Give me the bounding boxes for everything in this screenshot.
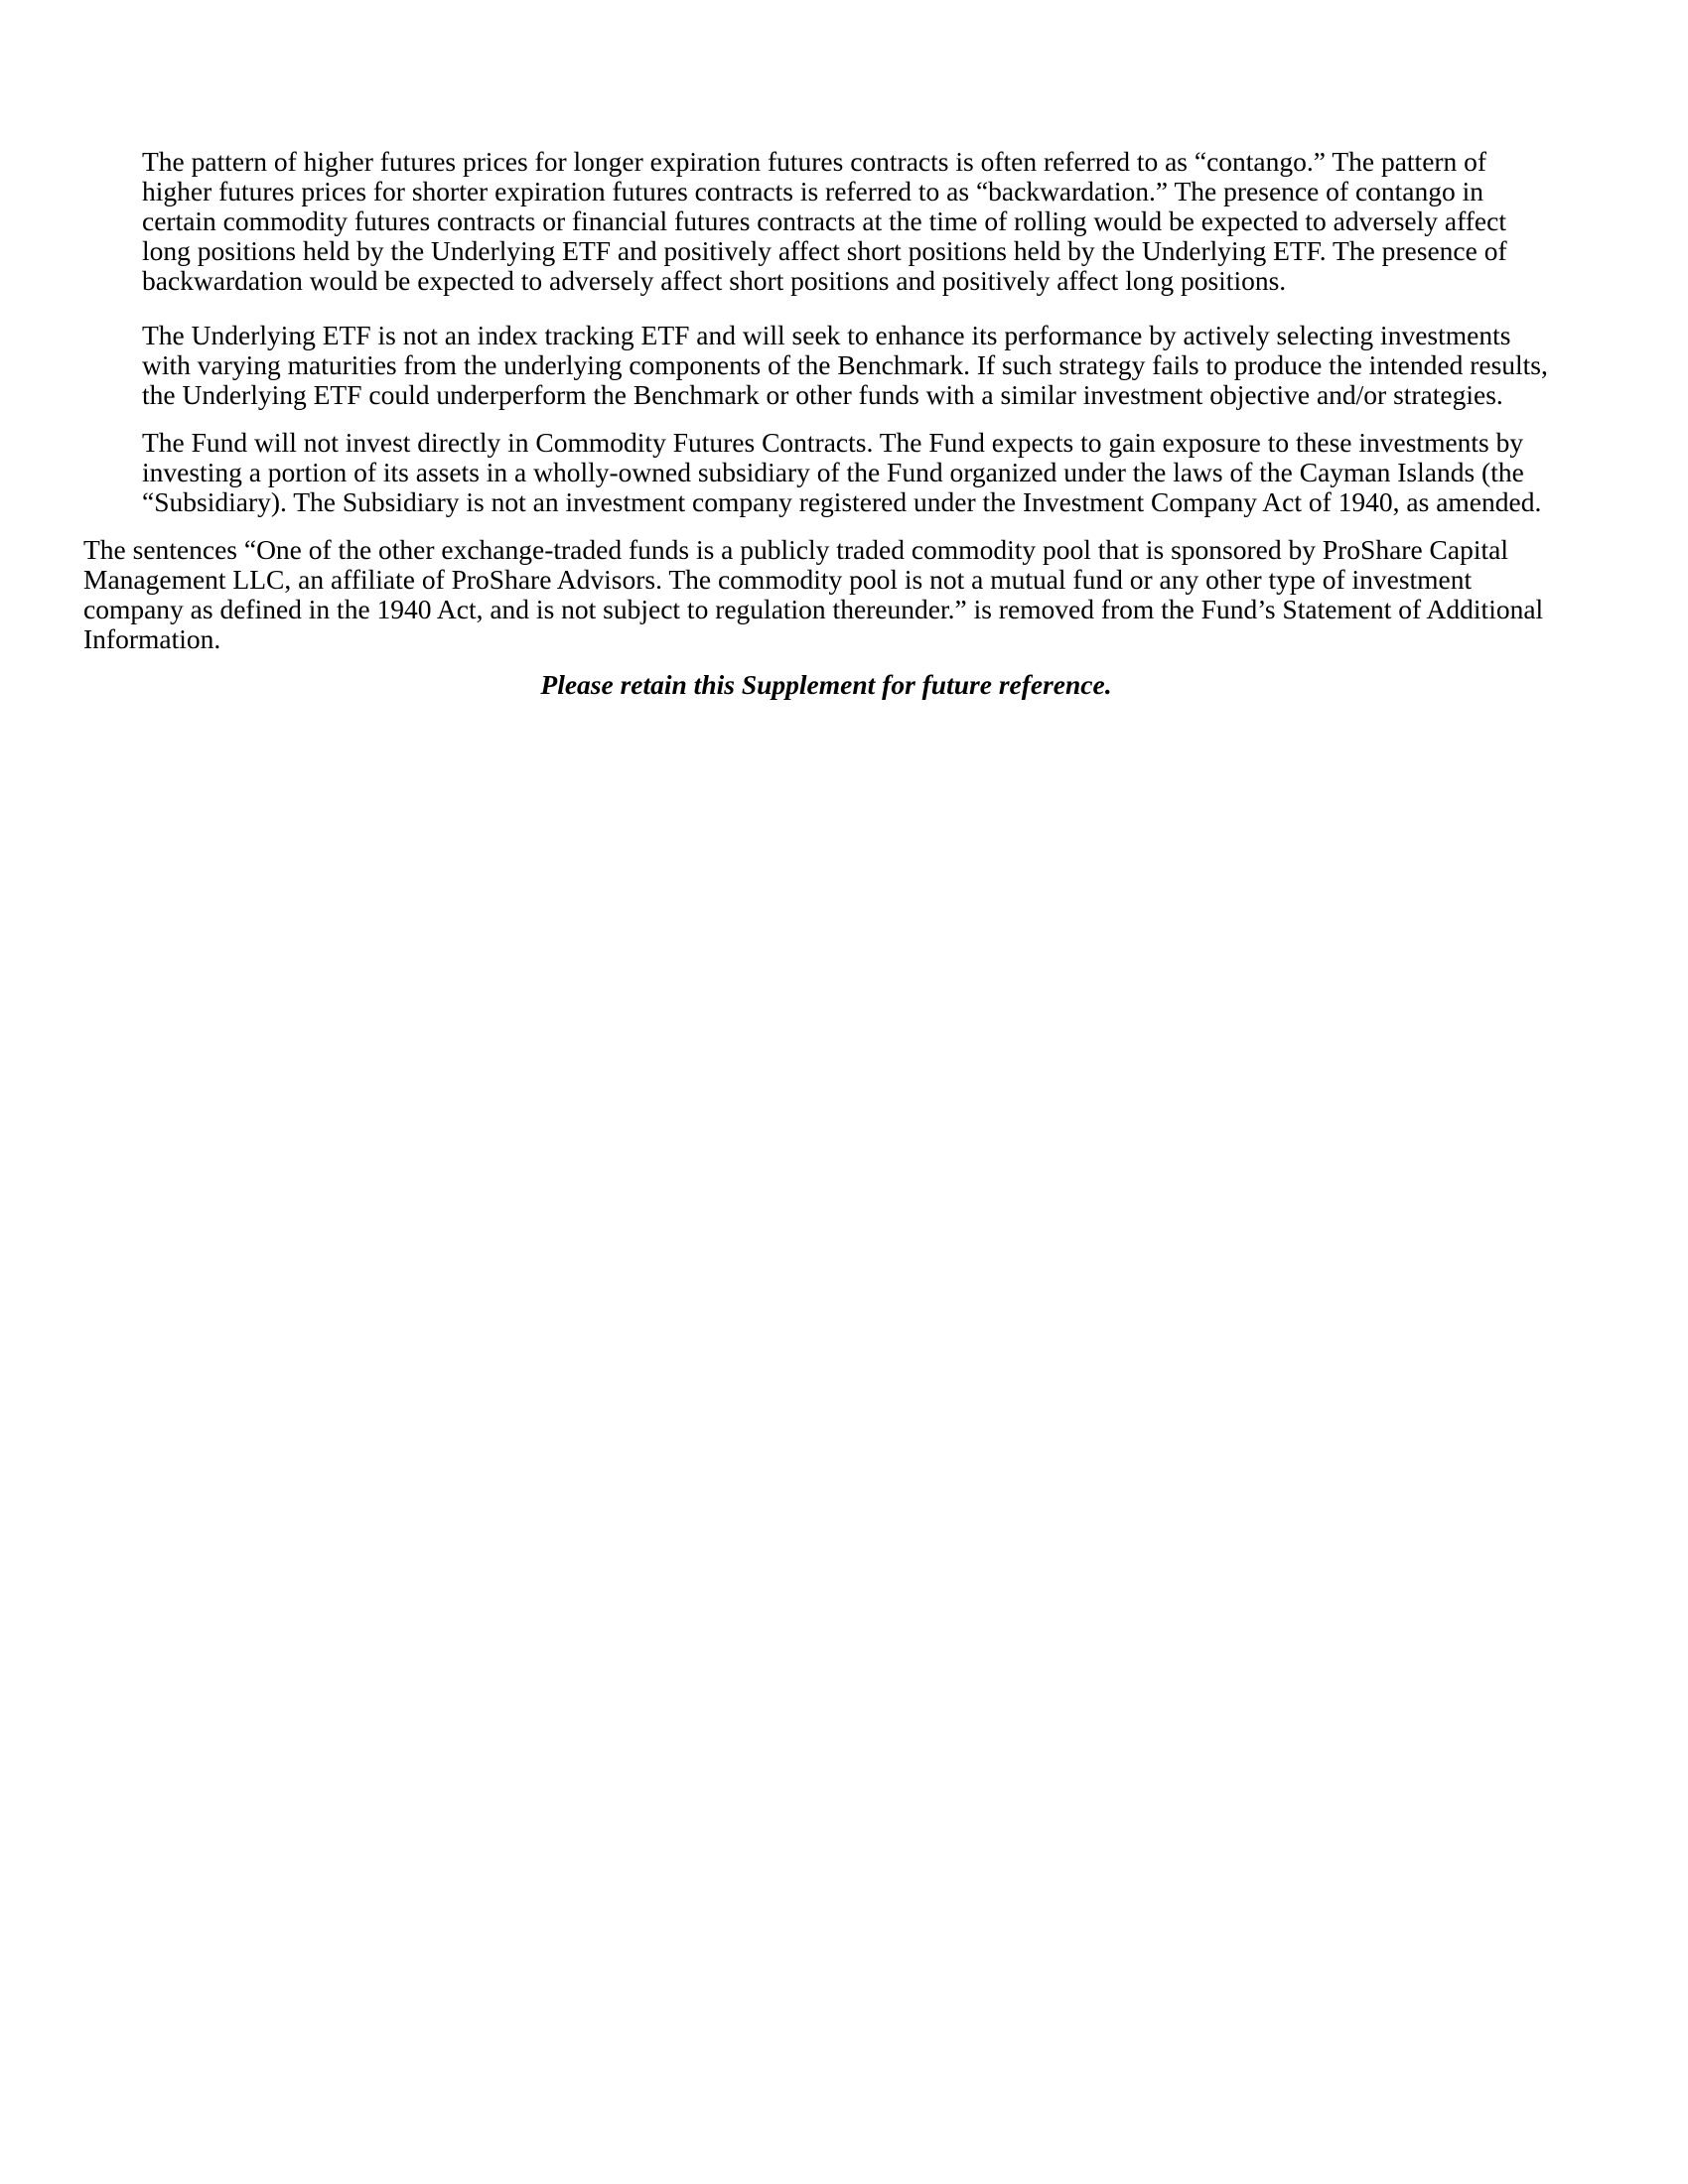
text-line: long positions held by the Underlying ET…: [142, 236, 1507, 266]
text-line: The Fund will not invest directly in Com…: [142, 428, 1541, 458]
text-line: The pattern of higher futures prices for…: [142, 147, 1507, 177]
text-line: The sentences “One of the other exchange…: [83, 535, 1543, 565]
text-line: Management LLC, an affiliate of ProShare…: [83, 565, 1543, 595]
text-line: higher futures prices for shorter expira…: [142, 177, 1507, 206]
paragraph-sai-removal: The sentences “One of the other exchange…: [83, 535, 1543, 654]
text-line: the Underlying ETF could underperform th…: [142, 380, 1548, 410]
paragraph-fund-subsidiary: The Fund will not invest directly in Com…: [142, 428, 1541, 517]
paragraph-contango-backwardation: The pattern of higher futures prices for…: [142, 147, 1507, 296]
text-line: “Subsidiary). The Subsidiary is not an i…: [142, 487, 1541, 517]
text-line: Information.: [83, 624, 1543, 654]
paragraph-underlying-etf-strategy: The Underlying ETF is not an index track…: [142, 321, 1548, 410]
document-page: The pattern of higher futures prices for…: [0, 0, 1688, 2184]
text-line: with varying maturities from the underly…: [142, 350, 1548, 380]
text-line: The Underlying ETF is not an index track…: [142, 321, 1548, 350]
text-line: backwardation would be expected to adver…: [142, 266, 1507, 296]
text-line: investing a portion of its assets in a w…: [142, 458, 1541, 487]
text-line: certain commodity futures contracts or f…: [142, 206, 1507, 236]
closing-note: Please retain this Supplement for future…: [83, 670, 1569, 700]
text-line: company as defined in the 1940 Act, and …: [83, 595, 1543, 624]
